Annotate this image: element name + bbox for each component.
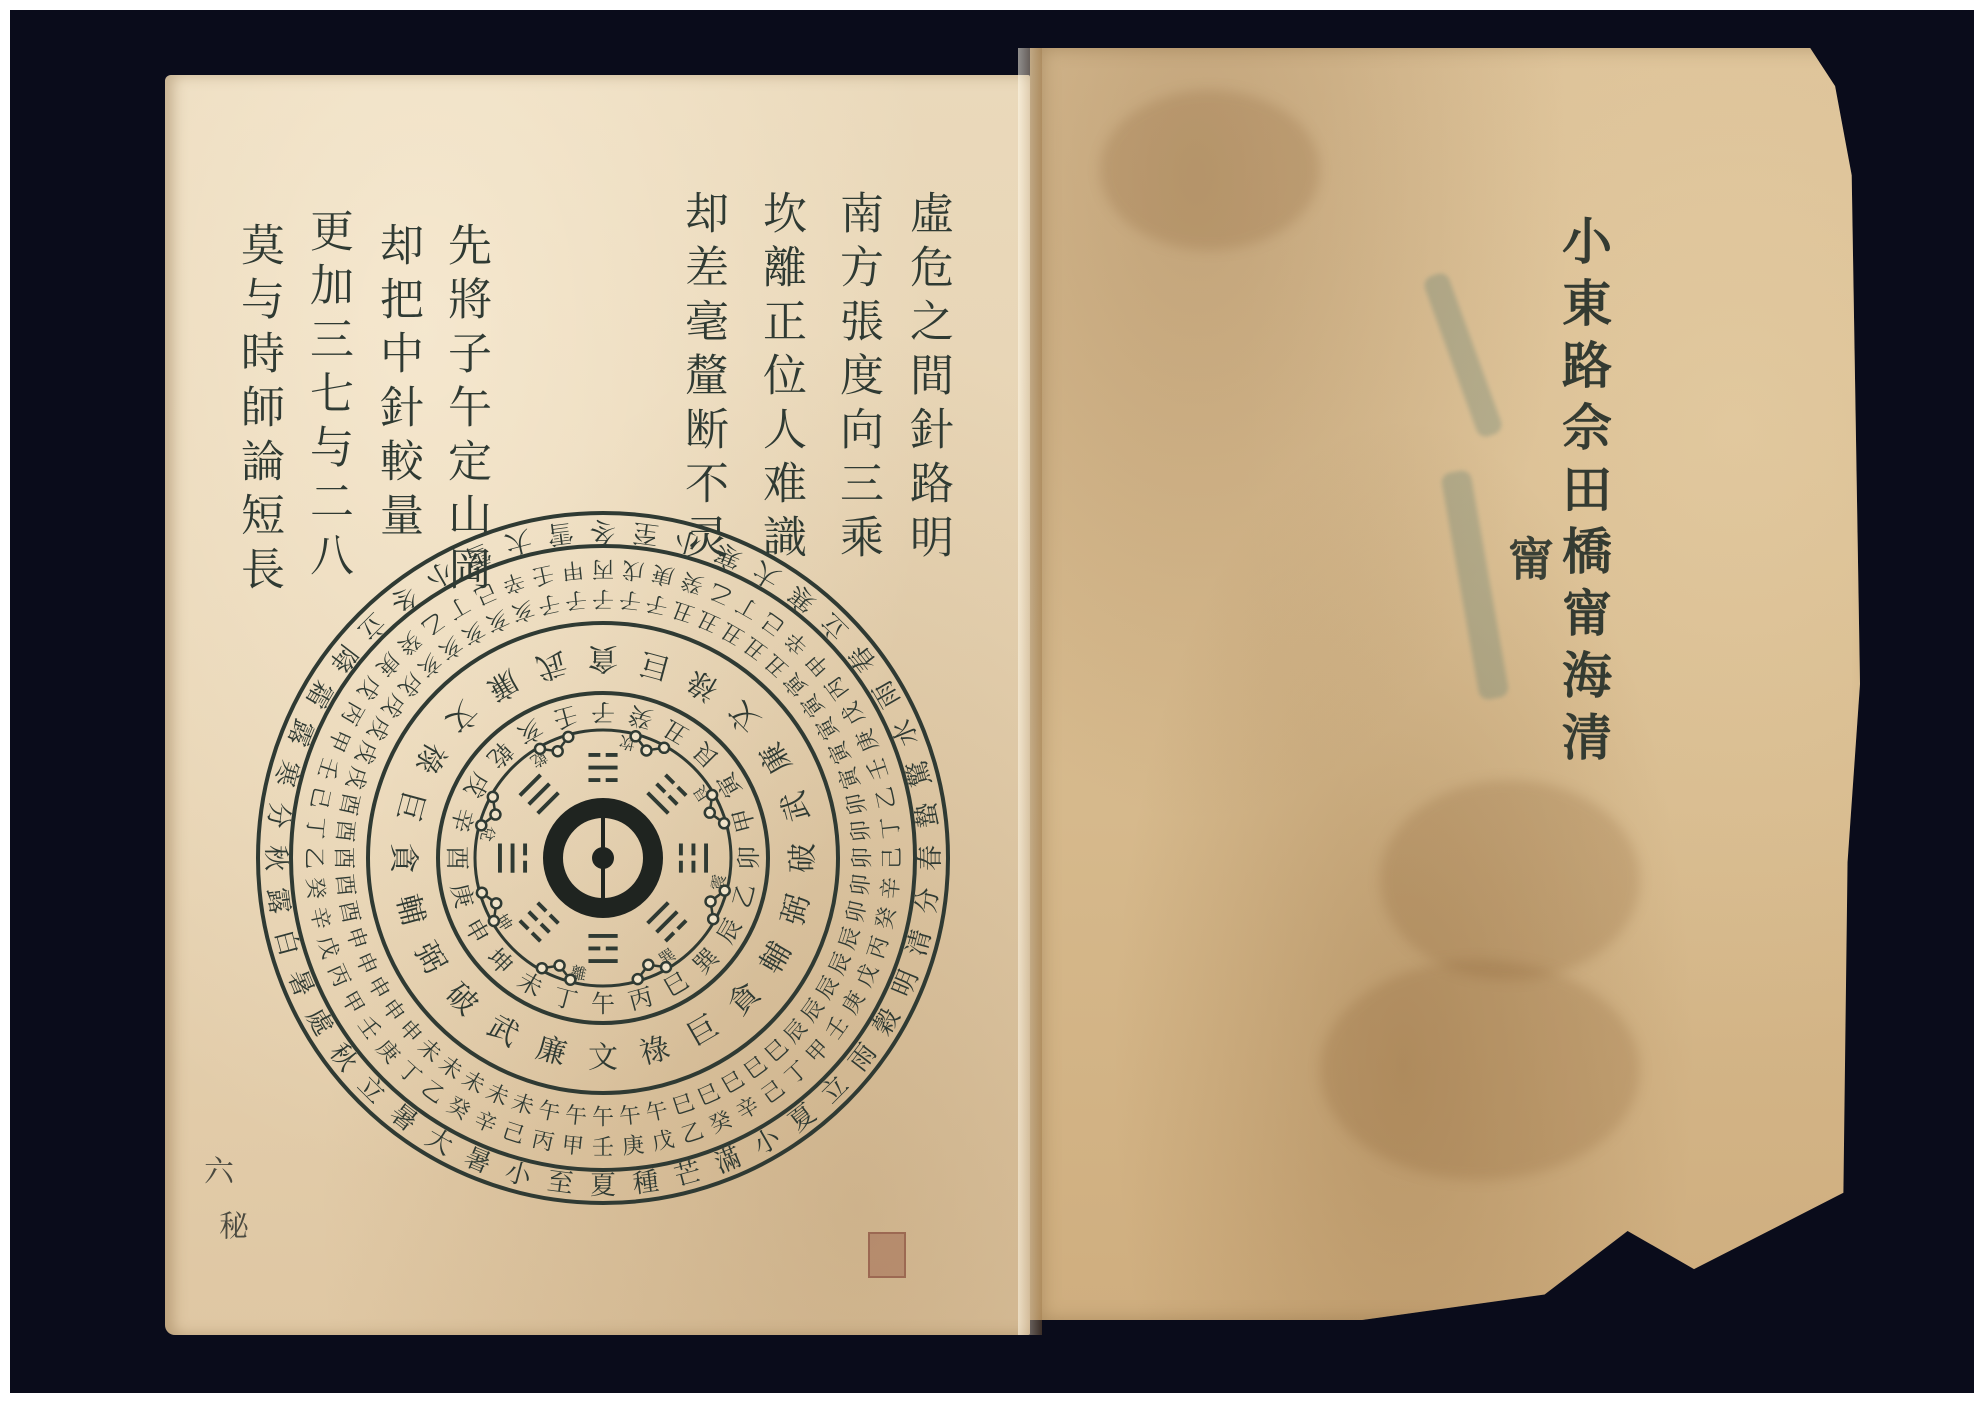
ring-label: 乙 bbox=[416, 607, 449, 640]
ring-label: 春 bbox=[843, 639, 883, 678]
ring-label: 子 bbox=[536, 589, 563, 618]
ring-label: 秋 bbox=[260, 845, 290, 871]
star-dot-icon bbox=[707, 790, 717, 800]
ring-label: 分 bbox=[261, 800, 294, 830]
ring-label: 祿 bbox=[636, 1030, 674, 1072]
ring-label: 癸 bbox=[392, 626, 425, 659]
ring-label: 巨 bbox=[389, 787, 431, 825]
ring-label: 乙 bbox=[727, 881, 760, 911]
ring-label: 露 bbox=[261, 886, 294, 916]
ring-label: 甲 bbox=[322, 725, 354, 755]
ring-label: 午 bbox=[592, 1106, 614, 1131]
center-needle bbox=[553, 808, 653, 908]
ring-label: 癸 bbox=[678, 567, 707, 598]
ring-label: 丑 bbox=[694, 605, 724, 637]
ring-label: 立 bbox=[351, 1070, 391, 1110]
star-dot-icon bbox=[537, 963, 547, 973]
ring-label: 卯 bbox=[851, 847, 876, 869]
star-dot-icon bbox=[565, 975, 575, 985]
ring-label: 武 bbox=[532, 644, 570, 686]
ring-label: 庚 bbox=[852, 725, 884, 755]
ring-label: 戊 bbox=[650, 1127, 677, 1156]
ring-label: 午 bbox=[536, 1098, 563, 1127]
ring-label: 乙 bbox=[678, 1119, 707, 1150]
star-dot-icon bbox=[720, 886, 730, 896]
ring-label: 戌 bbox=[340, 763, 371, 792]
ring-label: 酉 bbox=[334, 899, 363, 926]
ring-label: 未 bbox=[508, 1090, 537, 1121]
ring-label: 丑 bbox=[669, 595, 698, 626]
ring-label: 甲 bbox=[560, 1133, 585, 1160]
ring-label: 夏 bbox=[783, 1098, 822, 1138]
ring-label: 暑 bbox=[384, 1098, 423, 1138]
ring-label: 子 bbox=[618, 586, 643, 613]
ring-label: 壬 bbox=[821, 1012, 854, 1045]
ring-label: 午 bbox=[644, 1098, 671, 1127]
star-dot-icon bbox=[643, 960, 653, 970]
ring-label: 巳 bbox=[669, 1090, 698, 1121]
ring-label: 午 bbox=[591, 990, 615, 1018]
ring-label: 貪 bbox=[721, 975, 768, 1022]
ring-label: 破 bbox=[439, 976, 485, 1022]
ring-label: 輔 bbox=[754, 936, 799, 979]
ring-label: 戌 bbox=[362, 712, 395, 744]
ring-label: 立 bbox=[351, 606, 391, 646]
ring-label: 寒 bbox=[783, 578, 822, 618]
star-dot-icon bbox=[631, 731, 641, 741]
ring-label: 武 bbox=[481, 1009, 524, 1054]
trigram-icon: ☵ bbox=[585, 743, 621, 789]
ring-label: 祿 bbox=[681, 662, 724, 707]
ring-label: 庚 bbox=[445, 881, 478, 911]
ring-label: 辛 bbox=[878, 876, 905, 901]
ring-label: 廉 bbox=[532, 1030, 570, 1072]
ring-label: 丁 bbox=[392, 1057, 425, 1090]
ring-label: 丁 bbox=[301, 815, 328, 840]
ring-label: 辰 bbox=[825, 949, 857, 979]
ring-label: 乙 bbox=[416, 1076, 449, 1109]
star-dot-icon bbox=[641, 745, 651, 755]
ring-label: 戊 bbox=[312, 933, 343, 962]
star-dot-icon bbox=[490, 810, 500, 820]
ring-label: 輔 bbox=[389, 891, 431, 929]
ring-label: 立 bbox=[815, 1070, 855, 1110]
ring-label: 寅 bbox=[835, 762, 866, 792]
star-dot-icon bbox=[477, 888, 487, 898]
ring-label: 己 bbox=[757, 607, 790, 640]
ring-label: 酉 bbox=[334, 791, 363, 818]
ring-label: 雨 bbox=[843, 1038, 883, 1077]
ring-label: 降 bbox=[323, 639, 363, 678]
ring-label: 壬 bbox=[550, 700, 580, 733]
ring-label: 蟄 bbox=[912, 800, 945, 830]
ring-label: 庚 bbox=[371, 647, 404, 680]
luopan-compass-diagram: 冬至小寒大寒立春雨水驚蟄春分清明穀雨立夏小滿芒種夏至小暑大暑立秋處暑白露秋分寒露… bbox=[0, 0, 1984, 1403]
ring-label: 戊 bbox=[852, 961, 884, 991]
ring-label: 子 bbox=[644, 589, 671, 618]
ring-label: 亥 bbox=[508, 595, 537, 626]
ring-label: 弼 bbox=[775, 891, 817, 929]
ring-label: 丁 bbox=[550, 982, 580, 1015]
ring-label: 丙 bbox=[821, 671, 854, 704]
star-dot-icon bbox=[661, 962, 671, 972]
star-dot-icon bbox=[659, 743, 669, 753]
ring-label: 夏 bbox=[590, 1171, 616, 1201]
trigram-icon: ☷ bbox=[509, 894, 567, 952]
ring-label: 戊 bbox=[838, 697, 871, 729]
ring-label: 午 bbox=[618, 1103, 643, 1130]
ring-label: 己 bbox=[499, 1119, 528, 1150]
ring-label: 壬 bbox=[352, 1012, 385, 1045]
ring-label: 酉 bbox=[331, 847, 356, 869]
ring-label: 庚 bbox=[650, 560, 677, 589]
ring-label: 至 bbox=[631, 516, 661, 549]
ring-label: 卯 bbox=[843, 899, 872, 926]
ring-label: 癸 bbox=[442, 1093, 474, 1126]
ring-label: 丁 bbox=[878, 815, 905, 840]
ring-label: 未 bbox=[457, 1067, 489, 1100]
ring-label: 破 bbox=[786, 843, 821, 873]
ring-label: 文 bbox=[721, 694, 767, 740]
ring-label: 酉 bbox=[331, 873, 358, 898]
ring-label: 癸 bbox=[626, 700, 656, 733]
ring-label: 己 bbox=[757, 1076, 790, 1109]
ring-label: 丙 bbox=[592, 556, 614, 581]
ring-label: 壬 bbox=[864, 754, 895, 783]
ring-label: 壬 bbox=[529, 560, 556, 589]
ring-label: 貪 bbox=[586, 641, 618, 676]
ring-label: 辛 bbox=[470, 1107, 500, 1139]
star-dot-icon bbox=[705, 808, 715, 818]
ring-label: 丁 bbox=[781, 1057, 814, 1090]
ring-label: 戊 bbox=[621, 556, 646, 583]
star-dot-icon bbox=[555, 961, 565, 971]
ring-label: 戊 bbox=[352, 671, 385, 704]
ring-label: 卯 bbox=[735, 846, 763, 870]
ring-label: 廉 bbox=[481, 662, 524, 707]
ring-label: 卯 bbox=[848, 819, 875, 844]
ring-label: 巨 bbox=[636, 644, 674, 686]
ring-label: 雪 bbox=[545, 516, 575, 549]
ring-label: 冬 bbox=[384, 578, 423, 618]
ring-label: 甲 bbox=[560, 556, 585, 583]
ring-label: 庚 bbox=[621, 1133, 646, 1160]
ring-label: 己 bbox=[305, 784, 334, 811]
ring-label: 甲 bbox=[802, 1036, 835, 1069]
ring-label: 冬 bbox=[590, 515, 616, 545]
ring-label: 癸 bbox=[872, 905, 901, 932]
ring-label: 申 bbox=[340, 924, 371, 953]
ring-label: 戌 bbox=[350, 737, 382, 767]
ring-label: 丑 bbox=[717, 617, 749, 650]
ring-label: 丙 bbox=[322, 961, 354, 991]
ring-label: 辛 bbox=[732, 1093, 764, 1126]
trigram-icon: ☲ bbox=[585, 927, 621, 973]
ring-label: 甲 bbox=[802, 647, 835, 680]
ring-label: 未 bbox=[482, 1080, 512, 1112]
ring-label: 辰 bbox=[812, 972, 845, 1004]
ring-label: 子 bbox=[564, 586, 589, 613]
ring-label: 種 bbox=[631, 1167, 661, 1200]
ring-label: 酉 bbox=[443, 846, 471, 870]
ring-label: 丙 bbox=[626, 982, 656, 1015]
ring-label: 辛 bbox=[445, 805, 478, 835]
ring-label: 壬 bbox=[592, 1136, 614, 1161]
trigram-icon: ☴ bbox=[639, 894, 697, 952]
star-dot-icon bbox=[553, 746, 563, 756]
trigram-icon: ☳ bbox=[672, 840, 718, 876]
star-dot-icon bbox=[633, 974, 643, 984]
ring-label: 卯 bbox=[848, 873, 875, 898]
ring-label: 庚 bbox=[838, 987, 871, 1019]
star-dot-icon bbox=[476, 820, 486, 830]
star-dot-icon bbox=[719, 818, 729, 828]
ring-label: 春 bbox=[916, 845, 946, 871]
ring-label: 辛 bbox=[781, 626, 814, 659]
ring-label: 乙 bbox=[706, 577, 736, 609]
ring-label: 亥 bbox=[482, 605, 512, 637]
ring-label: 秋 bbox=[323, 1038, 363, 1077]
ring-label: 乙 bbox=[872, 784, 901, 811]
ring-label: 巳 bbox=[694, 1080, 724, 1112]
ring-label: 癸 bbox=[706, 1107, 736, 1139]
ring-label: 文 bbox=[439, 694, 485, 740]
ring-label: 立 bbox=[815, 606, 855, 646]
ring-label: 丁 bbox=[442, 591, 474, 624]
ring-label: 分 bbox=[912, 886, 945, 916]
star-dot-icon bbox=[563, 732, 573, 742]
star-dot-icon bbox=[706, 896, 716, 906]
ring-label: 癸 bbox=[301, 876, 328, 901]
star-dot-icon bbox=[535, 744, 545, 754]
trigram-icon: ☰ bbox=[509, 764, 567, 822]
ring-label: 丁 bbox=[732, 591, 764, 624]
ring-label: 甲 bbox=[336, 987, 369, 1019]
ring-label: 壬 bbox=[312, 754, 343, 783]
ring-label: 子 bbox=[592, 586, 614, 611]
ring-label: 祿 bbox=[407, 736, 452, 779]
star-dot-icon bbox=[491, 898, 501, 908]
star-dot-icon bbox=[708, 914, 718, 924]
ring-label: 申 bbox=[350, 949, 382, 979]
ring-label: 己 bbox=[881, 847, 906, 869]
ring-label: 丙 bbox=[529, 1127, 556, 1156]
ring-label: 巨 bbox=[681, 1009, 724, 1054]
ring-label: 廉 bbox=[754, 736, 799, 779]
ring-label: 子 bbox=[591, 698, 615, 726]
ring-label: 辛 bbox=[305, 905, 334, 932]
ring-label: 文 bbox=[588, 1041, 618, 1076]
ring-label: 弼 bbox=[407, 936, 452, 979]
ring-label: 丙 bbox=[864, 933, 895, 962]
ring-label: 己 bbox=[470, 577, 500, 609]
ring-label: 貪 bbox=[386, 843, 421, 875]
trigram-icon: ☱ bbox=[488, 840, 534, 876]
trigram-icon: ☶ bbox=[639, 764, 697, 822]
star-dot-icon bbox=[488, 792, 498, 802]
ring-label: 武 bbox=[775, 787, 817, 825]
ring-label: 午 bbox=[564, 1103, 589, 1130]
ring-label: 辰 bbox=[835, 924, 866, 953]
ring-label: 辛 bbox=[499, 567, 528, 598]
ring-label: 至 bbox=[545, 1167, 575, 1200]
ring-label: 丙 bbox=[336, 697, 369, 729]
ring-label: 甲 bbox=[727, 805, 760, 835]
star-dot-icon bbox=[489, 916, 499, 926]
ring-label: 庚 bbox=[371, 1036, 404, 1069]
ring-label: 卯 bbox=[843, 791, 872, 818]
ring-label: 乙 bbox=[301, 847, 326, 869]
ring-label: 酉 bbox=[331, 819, 358, 844]
